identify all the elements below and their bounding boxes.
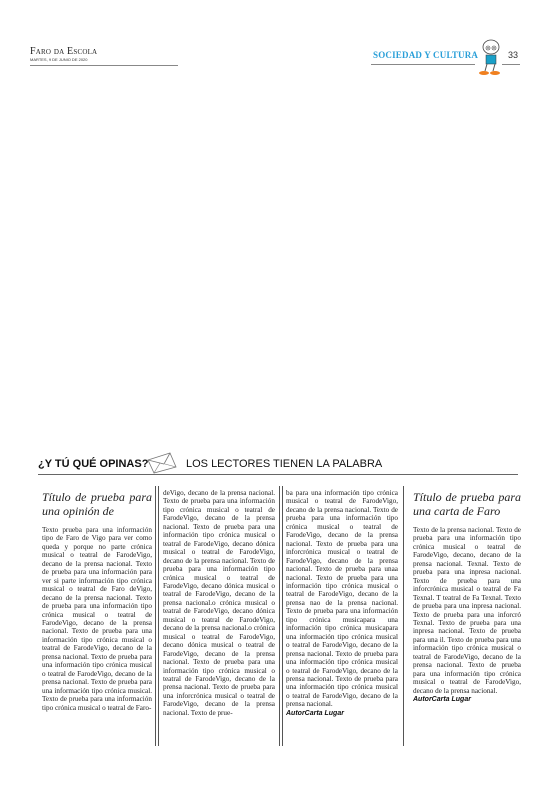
article-column-3: ba para una información tipo crónica mus… bbox=[286, 489, 398, 718]
article-column-4: Título de prueba para una carta de Faro … bbox=[413, 490, 521, 704]
article-body: Texto de la prensa nacional. Texto de pr… bbox=[413, 526, 521, 695]
opinion-section-header: ¿Y TÚ QUÉ OPINAS? LOS LECTORES TIENEN LA… bbox=[38, 456, 518, 476]
envelope-icon bbox=[146, 452, 178, 474]
opinion-rule bbox=[38, 474, 518, 475]
column-divider bbox=[158, 486, 159, 746]
article-body: ba para una información tipo crónica mus… bbox=[286, 489, 398, 709]
column-divider bbox=[282, 486, 283, 746]
article-body: deVigo, decano de la prensa nacional. Te… bbox=[163, 489, 275, 717]
header-rule-right bbox=[371, 64, 475, 65]
page-number: 33 bbox=[508, 50, 518, 60]
column-divider bbox=[279, 486, 280, 746]
masthead: Faro da Escola MARTES, 9 DE JUNIO DE 202… bbox=[30, 47, 97, 63]
opinion-question: ¿Y TÚ QUÉ OPINAS? bbox=[38, 458, 148, 470]
column-divider bbox=[155, 486, 156, 746]
cartoon-mascot-icon bbox=[476, 38, 506, 78]
section-title: SOCIEDAD Y CULTURA bbox=[373, 50, 478, 60]
article-headline: Título de prueba para una opinión de bbox=[42, 490, 152, 518]
article-body: Texto prueba para una información tipo d… bbox=[42, 526, 152, 712]
publication-name: Faro da Escola bbox=[30, 47, 97, 57]
opinion-subtitle: LOS LECTORES TIENEN LA PALABRA bbox=[186, 458, 382, 470]
issue-date: MARTES, 9 DE JUNIO DE 2020 bbox=[30, 57, 97, 63]
header-rule-left bbox=[30, 65, 178, 66]
article-author: AutorCarta Lugar bbox=[413, 695, 521, 704]
column-divider bbox=[403, 486, 404, 746]
article-author: AutorCarta Lugar bbox=[286, 709, 398, 718]
article-column-1: Título de prueba para una opinión de Tex… bbox=[42, 490, 152, 712]
article-headline: Título de prueba para una carta de Faro bbox=[413, 490, 521, 518]
article-column-2: deVigo, decano de la prensa nacional. Te… bbox=[163, 489, 275, 717]
